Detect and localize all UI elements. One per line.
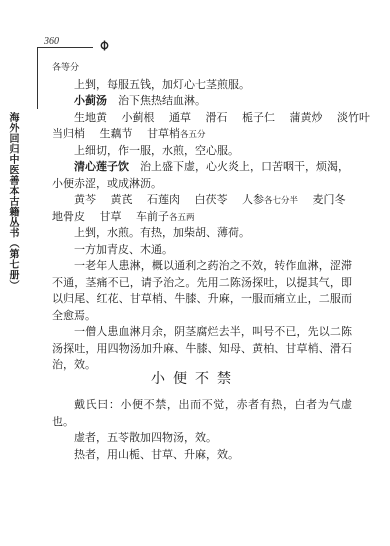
dosage: 各五分 (180, 130, 206, 140)
herb: 地骨皮 (52, 210, 85, 223)
herb: 黄芪 (111, 193, 133, 206)
case-paragraph: 一僧人患血淋月余，阴茎腐烂去半，叫号不已，先以二陈汤探吐，用四物汤加升麻、牛膝、… (52, 324, 352, 374)
herb: 麦门冬 (313, 193, 346, 206)
herb: 白茯苓 (195, 193, 228, 206)
herb-list-line: 生地黄 小蓟根 通草 滑石 栀子仁 蒲黄炒 淡竹叶 (52, 110, 352, 127)
formula-line: 小蓟汤治下焦热结血淋。 (52, 93, 352, 110)
dosage: 各五两 (169, 213, 195, 223)
herb: 甘草 (100, 210, 122, 223)
herb: 小蓟根 (122, 111, 155, 124)
text-line: 一方加青皮、木通。 (52, 242, 352, 259)
text-line: 小便赤涩，或成淋沥。 (52, 176, 352, 193)
herb: 滑石 (206, 111, 228, 124)
intro-text: 戴氏曰：小便不禁，出而不觉，赤者有热，白者为气虚也。 (52, 398, 352, 428)
text-line: 上细切，作一服，水煎，空心服。 (52, 143, 352, 160)
case-text: 一僧人患血淋月余，阴茎腐烂去半，叫号不已，先以二陈汤探吐，用四物汤加升麻、牛膝、… (52, 325, 352, 371)
formula-indication: 治上盛下虚，心火炎上，口苦咽干，烦渴， (140, 160, 349, 173)
text-line: 上剉，每服五钱，加灯心七茎煎服。 (52, 77, 352, 94)
text-line: 上剉，水煎。有热，加柴胡、薄荷。 (52, 225, 352, 242)
herb: 石莲肉 (147, 193, 180, 206)
header-rule (37, 47, 93, 48)
left-margin-rule (37, 47, 38, 109)
formula-line: 清心莲子饮治上盛下虚，心火炎上，口苦咽干，烦渴， (52, 159, 352, 176)
herb: 生藕节 (100, 127, 133, 140)
dosage: 各七分半 (264, 196, 298, 206)
formula-name: 小蓟汤 (74, 94, 107, 107)
dosage-label: 各等分 (52, 60, 352, 77)
herb: 车前子 (136, 210, 169, 223)
page-number: 360 (44, 36, 59, 47)
text-line: 虚者，五苓散加四物汤，效。 (52, 430, 352, 447)
case-text: 一老年人患淋，概以通利之药治之不效，转作血淋，涩滞不通，茎痛不已，请予治之。先用… (52, 259, 352, 322)
herb: 生地黄 (74, 111, 107, 124)
section-heading: 小便不禁 (0, 368, 390, 388)
herb: 甘草梢 (147, 127, 180, 140)
series-title-vertical: 海外回归中医善本古籍丛书（第七册） (4, 112, 18, 291)
intro-paragraph: 戴氏曰：小便不禁，出而不觉，赤者有热，白者为气虚也。 (52, 397, 352, 430)
herb-list-line: 黄芩 黄芪 石莲肉 白茯苓 人参各七分半 麦门冬 (52, 192, 352, 209)
book-page: 360 海外回归中医善本古籍丛书（第七册） 各等分 上剉，每服五钱，加灯心七茎煎… (0, 0, 390, 546)
herb: 当归梢 (52, 127, 85, 140)
herb: 黄芩 (74, 193, 96, 206)
text-line: 热者，用山栀、甘草、升麻，效。 (52, 447, 352, 464)
prescription-text: 各等分 上剉，每服五钱，加灯心七茎煎服。 小蓟汤治下焦热结血淋。 生地黄 小蓟根… (52, 60, 352, 374)
herb: 蒲黄炒 (290, 111, 323, 124)
herb: 栀子仁 (242, 111, 275, 124)
header-ornament-icon (99, 40, 110, 53)
section-body: 戴氏曰：小便不禁，出而不觉，赤者有热，白者为气虚也。 虚者，五苓散加四物汤，效。… (52, 397, 352, 463)
formula-indication: 治下焦热结血淋。 (118, 94, 206, 107)
herb: 人参 (242, 193, 264, 206)
herb-list-line: 当归梢 生藕节 甘草梢各五分 (52, 126, 352, 143)
herb-list-line: 地骨皮 甘草 车前子各五两 (52, 209, 352, 226)
herb: 通草 (169, 111, 191, 124)
herb: 淡竹叶 (337, 111, 370, 124)
formula-name: 清心莲子饮 (74, 160, 129, 173)
case-paragraph: 一老年人患淋，概以通利之药治之不效，转作血淋，涩滞不通，茎痛不已，请予治之。先用… (52, 258, 352, 324)
ornament-glyph-icon (99, 40, 110, 51)
